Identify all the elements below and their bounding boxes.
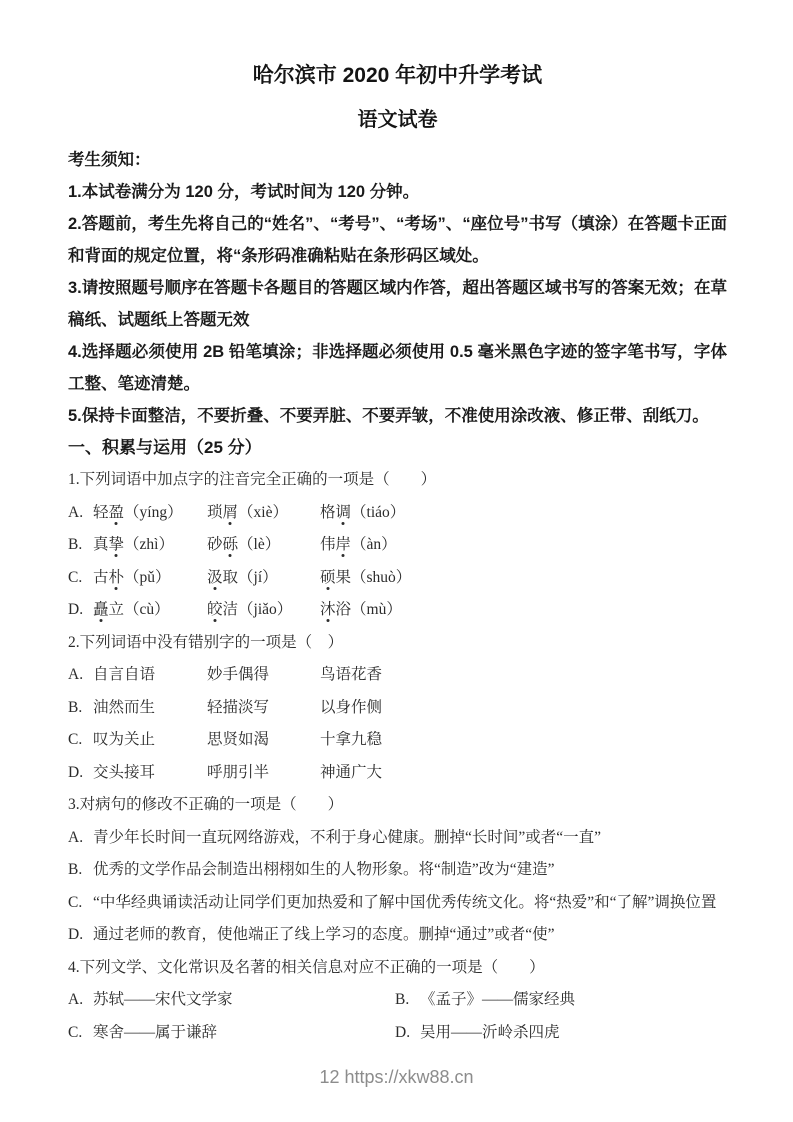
notice-item-3: 3.请按照题号顺序在答题卡各题目的答题区域内作答，超出答题区域书写的答案无效；在… — [68, 272, 727, 336]
question-4-option-d[interactable]: D. 吴用——沂岭杀四虎 — [395, 1017, 727, 1050]
question-2-option-a[interactable]: A. 自言自语 妙手偶得 鸟语花香 — [68, 659, 727, 692]
word-item: 格调（tiáo） — [320, 497, 405, 530]
word-item: 叹为关止 — [93, 724, 207, 757]
question-1: 1.下列词语中加点字的注音完全正确的一项是（ ） A. 轻盈（yíng） 琐屑（… — [68, 464, 727, 627]
option-label: A. — [68, 984, 93, 1017]
exam-paper-page: 哈尔滨市 2020 年初中升学考试 语文试卷 考生须知： 1.本试卷满分为 12… — [0, 0, 793, 1049]
question-1-option-c[interactable]: C. 古朴（pǔ） 汲取（jí） 硕果（shuò） — [68, 562, 727, 595]
question-4-options: A. 苏轼——宋代文学家 B. 《孟子》——儒家经典 C. 寒舍——属于谦辞 D… — [68, 984, 727, 1049]
word-item: 皎洁（jiǎo） — [207, 594, 320, 627]
watermark-link[interactable]: 12 https://xkw88.cn — [319, 1067, 473, 1087]
question-2-stem: 2.下列词语中没有错别字的一项是（ ） — [68, 627, 727, 660]
word-item: 琐屑（xiè） — [207, 497, 320, 530]
option-text: 苏轼——宋代文学家 — [93, 984, 233, 1017]
word-item: 油然而生 — [93, 692, 207, 725]
word-item: 自言自语 — [93, 659, 207, 692]
word-item: 以身作侧 — [320, 692, 382, 725]
option-label: A. — [68, 822, 93, 855]
option-label: C. — [68, 562, 93, 595]
option-label: D. — [68, 757, 93, 790]
notice-item-4: 4.选择题必须使用 2B 铅笔填涂；非选择题必须使用 0.5 毫米黑色字迹的签字… — [68, 336, 727, 400]
option-text: 吴用——沂岭杀四虎 — [420, 1017, 560, 1050]
question-2: 2.下列词语中没有错别字的一项是（ ） A. 自言自语 妙手偶得 鸟语花香 B.… — [68, 627, 727, 790]
question-3-option-a[interactable]: A. 青少年长时间一直玩网络游戏，不利于身心健康。删掉“长时间”或者“一直” — [68, 822, 727, 855]
option-label: D. — [68, 919, 93, 952]
word-item: 思贤如渴 — [207, 724, 320, 757]
word-item: 真挚（zhì） — [93, 529, 207, 562]
word-item: 汲取（jí） — [207, 562, 320, 595]
question-4-stem: 4.下列文学、文化常识及名著的相关信息对应不正确的一项是（ ） — [68, 952, 727, 985]
question-3-option-c[interactable]: C. “中华经典诵读活动让同学们更加热爱和了解中国优秀传统文化。将“热爱”和“了… — [68, 887, 727, 920]
question-3-option-b[interactable]: B. 优秀的文学作品会制造出栩栩如生的人物形象。将“制造”改为“建造” — [68, 854, 727, 887]
option-text: 通过老师的教育，使他端正了线上学习的态度。删掉“通过”或者“使” — [93, 919, 555, 952]
page-footer: 12 https://xkw88.cn — [0, 1068, 793, 1086]
question-3-option-d[interactable]: D. 通过老师的教育，使他端正了线上学习的态度。删掉“通过”或者“使” — [68, 919, 727, 952]
word-item: 硕果（shuò） — [320, 562, 411, 595]
option-text: 青少年长时间一直玩网络游戏，不利于身心健康。删掉“长时间”或者“一直” — [93, 822, 601, 855]
option-label: D. — [68, 594, 93, 627]
question-3: 3.对病句的修改不正确的一项是（ ） A. 青少年长时间一直玩网络游戏，不利于身… — [68, 789, 727, 952]
option-label: C. — [68, 724, 93, 757]
notice-item-2: 2.答题前，考生先将自己的“姓名”、“考号”、“考场”、“座位号”书写（填涂）在… — [68, 208, 727, 272]
question-1-stem: 1.下列词语中加点字的注音完全正确的一项是（ ） — [68, 464, 727, 497]
option-text: 优秀的文学作品会制造出栩栩如生的人物形象。将“制造”改为“建造” — [93, 854, 555, 887]
notice-item-1: 1.本试卷满分为 120 分，考试时间为 120 分钟。 — [68, 176, 727, 208]
question-2-option-b[interactable]: B. 油然而生 轻描淡写 以身作侧 — [68, 692, 727, 725]
word-item: 轻盈（yíng） — [93, 497, 207, 530]
word-item: 十拿九稳 — [320, 724, 382, 757]
exam-subtitle: 语文试卷 — [68, 110, 727, 130]
question-2-option-c[interactable]: C. 叹为关止 思贤如渴 十拿九稳 — [68, 724, 727, 757]
word-item: 轻描淡写 — [207, 692, 320, 725]
exam-title: 哈尔滨市 2020 年初中升学考试 — [68, 64, 727, 88]
word-item: 砂砾（lè） — [207, 529, 320, 562]
notice-item-5: 5.保持卡面整洁，不要折叠、不要弄脏、不要弄皱，不准使用涂改液、修正带、刮纸刀。 — [68, 400, 727, 432]
question-2-option-d[interactable]: D. 交头接耳 呼朋引半 神通广大 — [68, 757, 727, 790]
word-item: 妙手偶得 — [207, 659, 320, 692]
word-item: 交头接耳 — [93, 757, 207, 790]
option-label: A. — [68, 497, 93, 530]
word-item: 伟岸（àn） — [320, 529, 397, 562]
option-label: B. — [395, 984, 420, 1017]
question-1-option-b[interactable]: B. 真挚（zhì） 砂砾（lè） 伟岸（àn） — [68, 529, 727, 562]
option-text: 《孟子》——儒家经典 — [420, 984, 575, 1017]
option-label: A. — [68, 659, 93, 692]
notice-section: 考生须知： 1.本试卷满分为 120 分，考试时间为 120 分钟。 2.答题前… — [68, 144, 727, 432]
option-label: C. — [68, 887, 93, 920]
question-1-option-a[interactable]: A. 轻盈（yíng） 琐屑（xiè） 格调（tiáo） — [68, 497, 727, 530]
question-4-option-b[interactable]: B. 《孟子》——儒家经典 — [395, 984, 727, 1017]
question-4: 4.下列文学、文化常识及名著的相关信息对应不正确的一项是（ ） A. 苏轼——宋… — [68, 952, 727, 1050]
word-item: 沐浴（mù） — [320, 594, 402, 627]
option-text: “中华经典诵读活动让同学们更加热爱和了解中国优秀传统文化。将“热爱”和“了解”调… — [93, 887, 716, 920]
option-label: C. — [68, 1017, 93, 1050]
word-item: 神通广大 — [320, 757, 382, 790]
section-1-heading: 一、积累与运用（25 分） — [68, 432, 727, 464]
question-4-option-c[interactable]: C. 寒舍——属于谦辞 — [68, 1017, 395, 1050]
question-4-option-a[interactable]: A. 苏轼——宋代文学家 — [68, 984, 395, 1017]
notice-heading: 考生须知： — [68, 144, 727, 176]
option-label: B. — [68, 692, 93, 725]
option-label: B. — [68, 854, 93, 887]
question-1-option-d[interactable]: D. 矗立（cù） 皎洁（jiǎo） 沐浴（mù） — [68, 594, 727, 627]
option-text: 寒舍——属于谦辞 — [93, 1017, 217, 1050]
word-item: 呼朋引半 — [207, 757, 320, 790]
option-label: D. — [395, 1017, 420, 1050]
word-item: 鸟语花香 — [320, 659, 382, 692]
word-item: 古朴（pǔ） — [93, 562, 207, 595]
question-3-stem: 3.对病句的修改不正确的一项是（ ） — [68, 789, 727, 822]
option-label: B. — [68, 529, 93, 562]
word-item: 矗立（cù） — [93, 594, 207, 627]
